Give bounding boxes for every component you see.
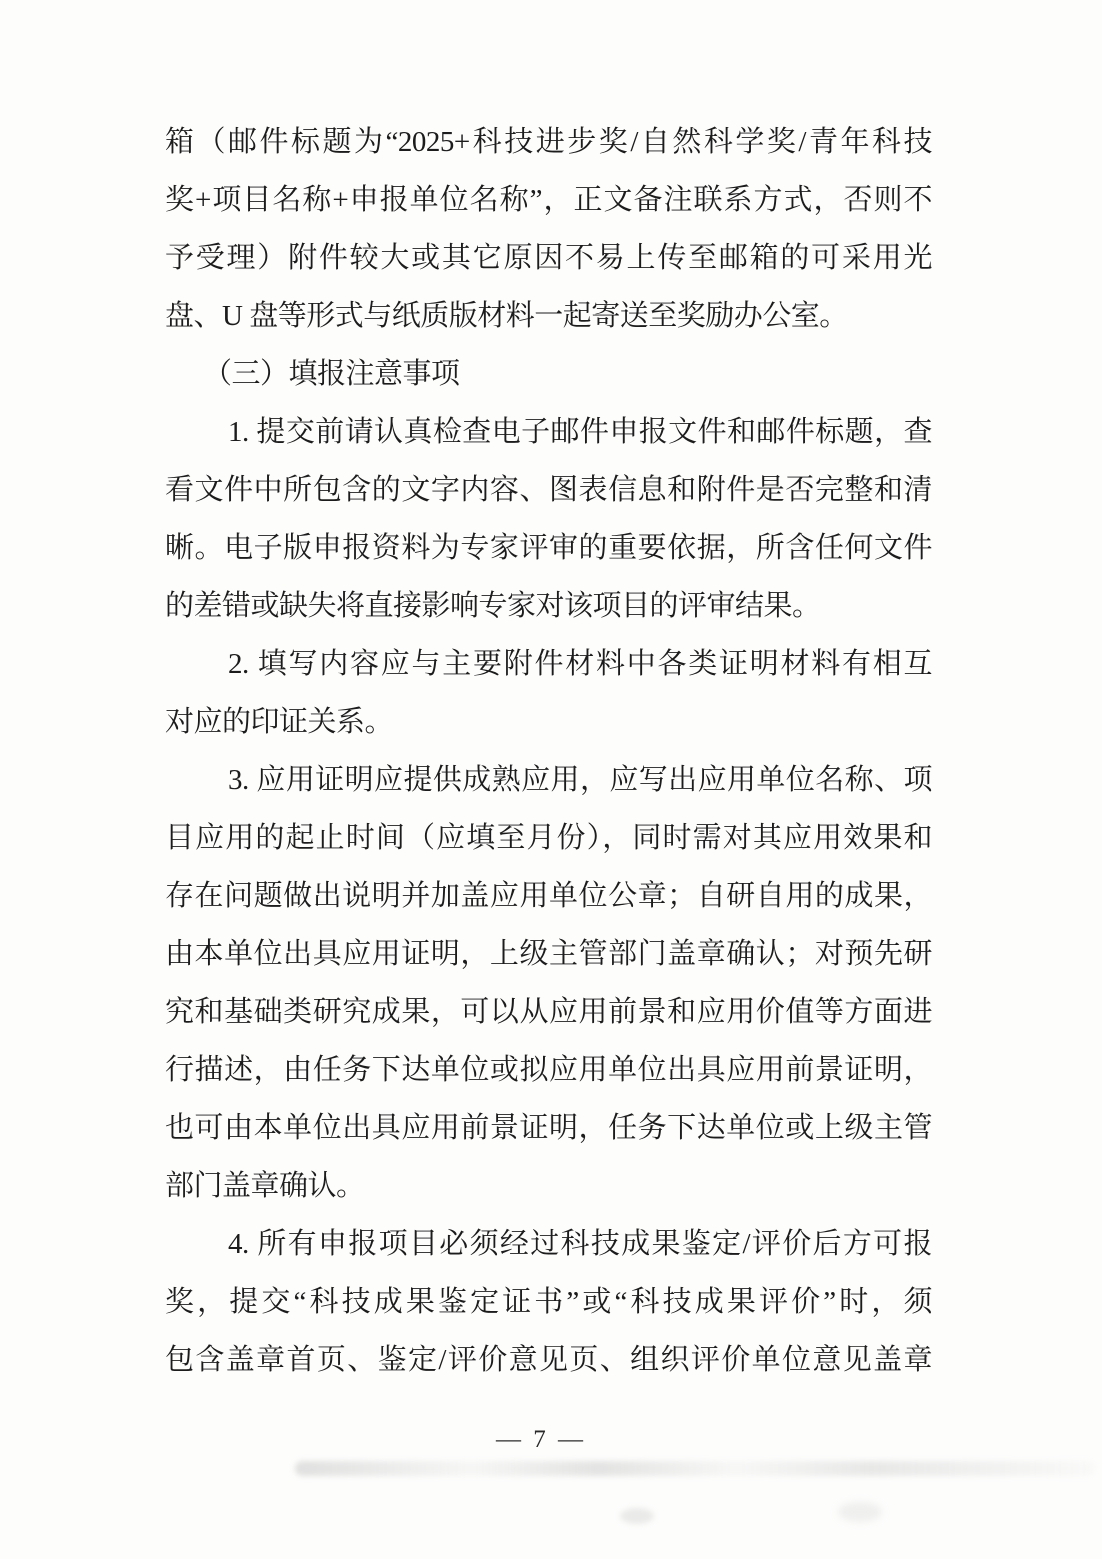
scan-artifact bbox=[838, 1502, 882, 1522]
text-line: 3. 应用证明应提供成熟应用，应写出应用单位名称、项 bbox=[165, 751, 932, 809]
scan-artifact bbox=[620, 1508, 654, 1524]
text-line: 晰。电子版申报资料为专家评审的重要依据，所含任何文件 bbox=[165, 519, 932, 577]
text-line: 对应的印证关系。 bbox=[165, 693, 932, 751]
text-line: 目应用的起止时间（应填至月份），同时需对其应用效果和 bbox=[165, 809, 932, 867]
section-heading: （三）填报注意事项 bbox=[165, 345, 932, 403]
text-line: 行描述，由任务下达单位或拟应用单位出具应用前景证明， bbox=[165, 1041, 932, 1099]
text-line: 予受理）附件较大或其它原因不易上传至邮箱的可采用光 bbox=[165, 229, 932, 287]
text-line: 奖，提交“科技成果鉴定证书”或“科技成果评价”时，须 bbox=[165, 1273, 932, 1331]
document-page: 箱（邮件标题为“2025+科技进步奖/自然科学奖/青年科技 奖+项目名称+申报单… bbox=[0, 0, 1102, 1559]
text-line: 也可由本单位出具应用前景证明，任务下达单位或上级主管 bbox=[165, 1099, 932, 1157]
text-line: 看文件中所包含的文字内容、图表信息和附件是否完整和清 bbox=[165, 461, 932, 519]
page-number-footer: — 7 — bbox=[0, 1426, 1082, 1454]
text-line: 箱（邮件标题为“2025+科技进步奖/自然科学奖/青年科技 bbox=[165, 113, 932, 171]
text-line: 由本单位出具应用证明，上级主管部门盖章确认；对预先研 bbox=[165, 925, 932, 983]
text-line: 部门盖章确认。 bbox=[165, 1157, 932, 1215]
text-line: 的差错或缺失将直接影响专家对该项目的评审结果。 bbox=[165, 577, 932, 635]
document-body: 箱（邮件标题为“2025+科技进步奖/自然科学奖/青年科技 奖+项目名称+申报单… bbox=[165, 113, 932, 1389]
text-line: 2. 填写内容应与主要附件材料中各类证明材料有相互 bbox=[165, 635, 932, 693]
text-line: 存在问题做出说明并加盖应用单位公章；自研自用的成果， bbox=[165, 867, 932, 925]
text-line: 盘、U 盘等形式与纸质版材料一起寄送至奖励办公室。 bbox=[165, 287, 932, 345]
scan-artifact bbox=[295, 1461, 1095, 1476]
text-line: 1. 提交前请认真检查电子邮件申报文件和邮件标题，查 bbox=[165, 403, 932, 461]
text-line: 包含盖章首页、鉴定/评价意见页、组织评价单位意见盖章 bbox=[165, 1331, 932, 1389]
text-line: 奖+项目名称+申报单位名称”，正文备注联系方式，否则不 bbox=[165, 171, 932, 229]
text-line: 究和基础类研究成果，可以从应用前景和应用价值等方面进 bbox=[165, 983, 932, 1041]
text-line: 4. 所有申报项目必须经过科技成果鉴定/评价后方可报 bbox=[165, 1215, 932, 1273]
